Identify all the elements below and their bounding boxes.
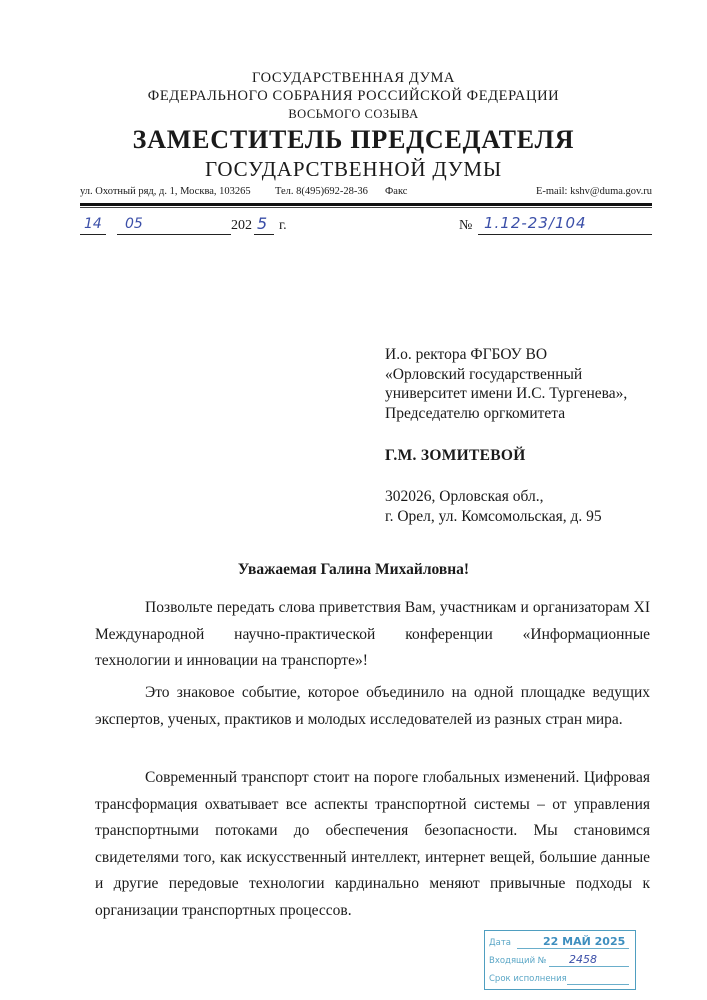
outgoing-number-field: 1.12-23/104 [478,216,652,235]
date-year-suffix: 5 [257,214,267,233]
contact-phone: Тел. 8(495)692-28-36 [275,186,368,197]
stamp-date-value: 22 МАЙ 2025 [543,935,625,948]
stamp-incoming-value: 2458 [569,953,597,966]
body-paragraph-2: Это знаковое событие, которое объединило… [95,680,650,733]
date-year-prefix: 202 [231,218,252,234]
body-paragraph-1: Позвольте передать слова приветствия Вам… [95,595,650,675]
stamp-date-row: Дата 22 МАЙ 2025 [489,933,629,949]
date-year-field: 5 [254,216,274,235]
address-line: 302026, Орловская обл., [385,487,602,507]
letterhead-subtitle: ГОСУДАРСТВЕННОЙ ДУМЫ [0,157,707,182]
stamp-incoming-row: Входящий № 2458 [489,951,629,967]
contact-address: ул. Охотный ряд, д. 1, Москва, 103265 [80,186,251,197]
date-month: 05 [125,216,143,232]
body-paragraph-3: Современный транспорт стоит на пороге гл… [95,765,650,924]
date-day-field: 14 [80,216,106,235]
contact-email: E-mail: kshv@duma.gov.ru [536,186,652,197]
letterhead-title: ЗАМЕСТИТЕЛЬ ПРЕДСЕДАТЕЛЯ [0,125,707,155]
addressee-line: университет имени И.С. Тургенева», [385,384,627,404]
convocation-line: ВОСЬМОГО СОЗЫВА [0,107,707,122]
stamp-date-label: Дата [489,938,511,948]
addressee-postal-address: 302026, Орловская обл., г. Орел, ул. Ком… [385,487,602,527]
contact-fax: Факс [385,186,407,197]
stamp-incoming-label: Входящий № [489,956,547,966]
date-month-field: 05 [117,216,231,235]
date-year-unit: г. [279,218,287,234]
header-divider [80,203,652,206]
header-divider-thin [80,207,652,208]
org-name-line1: ГОСУДАРСТВЕННАЯ ДУМА [0,70,707,87]
stamp-date-line [517,948,629,949]
outgoing-number-label: № [459,218,472,234]
greeting: Уважаемая Галина Михайловна! [0,561,707,579]
stamp-deadline-label: Срок исполнения [489,974,567,984]
address-line: г. Орел, ул. Комсомольская, д. 95 [385,507,602,527]
addressee-block: И.о. ректора ФГБОУ ВО «Орловский государ… [385,345,627,423]
addressee-line: «Орловский государственный [385,365,627,385]
stamp-deadline-line [567,984,629,985]
addressee-line: И.о. ректора ФГБОУ ВО [385,345,627,365]
stamp-incoming-line [549,966,629,967]
contacts-line: ул. Охотный ряд, д. 1, Москва, 103265 Те… [80,186,652,200]
incoming-registration-stamp: Дата 22 МАЙ 2025 Входящий № 2458 Срок ис… [484,930,636,990]
outgoing-number: 1.12-23/104 [484,214,587,232]
addressee-name: Г.М. ЗОМИТЕВОЙ [385,447,526,465]
addressee-line: Председателю оргкомитета [385,404,627,424]
stamp-deadline-row: Срок исполнения [489,969,629,985]
date-day: 14 [84,216,102,232]
org-name-line2: ФЕДЕРАЛЬНОГО СОБРАНИЯ РОССИЙСКОЙ ФЕДЕРАЦ… [0,88,707,105]
